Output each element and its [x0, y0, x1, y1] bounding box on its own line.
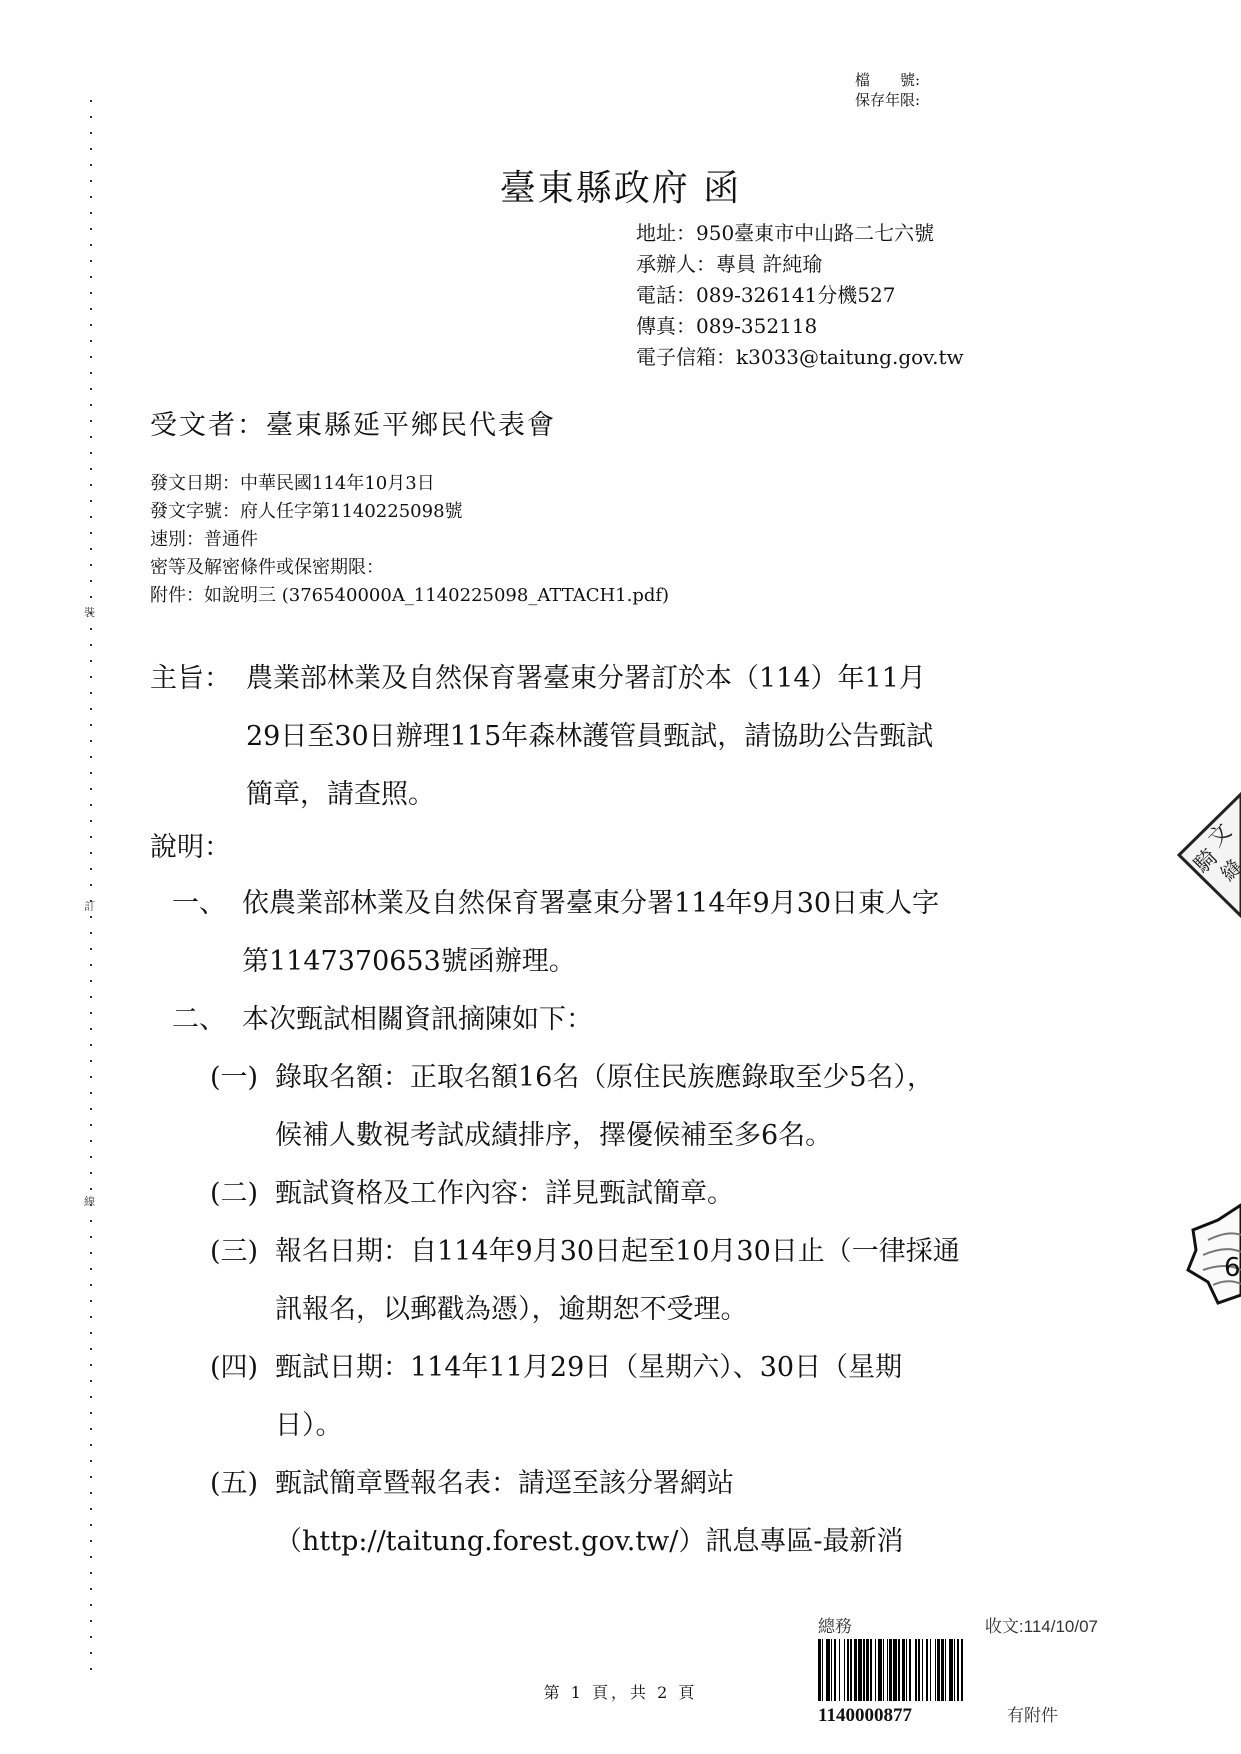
subject-line: 簡章，請查照。: [246, 766, 1126, 824]
document-meta: 發文日期：中華民國114年10月3日 發文字號：府人任字第1140225098號…: [150, 470, 669, 610]
handler: 承辦人：專員 許純瑜: [636, 249, 964, 280]
subject-line: 29日至30日辦理115年森林護管員甄試，請協助公告甄試: [246, 708, 1126, 766]
description-label: 說明：: [150, 825, 231, 864]
subject-line: 農業部林業及自然保育署臺東分署訂於本（114）年11月: [246, 650, 1126, 708]
subitem-prefix: (五): [210, 1455, 258, 1513]
subitem-line: （http://taitung.forest.gov.tw/）訊息專區-最新消: [275, 1513, 904, 1571]
subitem-prefix: (二): [210, 1165, 258, 1223]
subitem-line: 甄試資格及工作內容：詳見甄試簡章。: [275, 1165, 734, 1223]
seam-seal-stamp-icon: 文 騎 縫: [1145, 790, 1241, 920]
file-number-label: 檔 號:: [855, 70, 920, 90]
address: 地址：950臺東市中山路二七六號: [636, 218, 964, 249]
file-meta: 檔 號: 保存年限:: [855, 70, 920, 110]
contact-block: 地址：950臺東市中山路二七六號 承辦人：專員 許純瑜 電話：089-32614…: [636, 218, 964, 373]
binding-mark-top: 裝: [84, 604, 95, 620]
item-line: 依農業部林業及自然保育署臺東分署114年9月30日東人字: [242, 875, 939, 933]
subitem-line: 訊報名，以郵戳為憑），逾期恕不受理。: [275, 1281, 748, 1339]
receipt-barcode-block: 總務 收文:114/10/07 1140000877 有附件: [818, 1612, 1098, 1727]
retention-label: 保存年限:: [855, 90, 920, 110]
barcode-number: 1140000877: [818, 1705, 912, 1727]
page-seal-stamp-icon: 6: [1158, 1200, 1241, 1310]
binding-mark-middle: 訂: [84, 898, 95, 914]
receiving-department: 總務: [818, 1612, 852, 1637]
svg-text:6: 6: [1224, 1253, 1241, 1283]
subitem-line: 甄試日期：114年11月29日（星期六）、30日（星期: [275, 1339, 902, 1397]
recipient: 受文者：臺東縣延平鄉民代表會: [150, 403, 556, 442]
fax: 傳真：089-352118: [636, 311, 964, 342]
item-line: 本次甄試相關資訊摘陳如下：: [242, 991, 593, 1049]
received-date: 收文:114/10/07: [985, 1612, 1098, 1637]
binding-margin-dots: [88, 100, 94, 1680]
issue-date: 發文日期：中華民國114年10月3日: [150, 470, 669, 498]
priority: 速別：普通件: [150, 526, 669, 554]
attachment-flag: 有附件: [1007, 1701, 1058, 1726]
doc-number: 發文字號：府人任字第1140225098號: [150, 498, 669, 526]
item-prefix: 二、: [172, 991, 226, 1049]
subitem-prefix: (四): [210, 1339, 258, 1397]
classification: 密等及解密條件或保密期限：: [150, 554, 669, 582]
subitem-prefix: (三): [210, 1223, 258, 1281]
binding-mark-bottom: 線: [84, 1193, 95, 1209]
item-prefix: 一、: [172, 875, 226, 933]
subitem-line: 候補人數視考試成績排序，擇優候補至多6名。: [275, 1107, 832, 1165]
item-line: 第1147370653號函辦理。: [242, 933, 576, 991]
subitem-line: 甄試簡章暨報名表：請逕至該分署網站: [275, 1455, 734, 1513]
phone: 電話：089-326141分機527: [636, 280, 964, 311]
subitem-prefix: (一): [210, 1049, 258, 1107]
subitem-line: 錄取名額：正取名額16名（原住民族應錄取至少5名），: [275, 1049, 934, 1107]
subject-label: 主旨：: [150, 650, 231, 708]
document-title: 臺東縣政府 函: [0, 160, 1241, 211]
subitem-line: 日）。: [275, 1397, 343, 1455]
subitem-line: 報名日期：自114年9月30日起至10月30日止（一律採通: [275, 1223, 960, 1281]
barcode-icon: [818, 1639, 1098, 1701]
email: 電子信箱：k3033@taitung.gov.tw: [636, 342, 964, 373]
attachment: 附件：如說明三 (376540000A_1140225098_ATTACH1.p…: [150, 582, 669, 610]
